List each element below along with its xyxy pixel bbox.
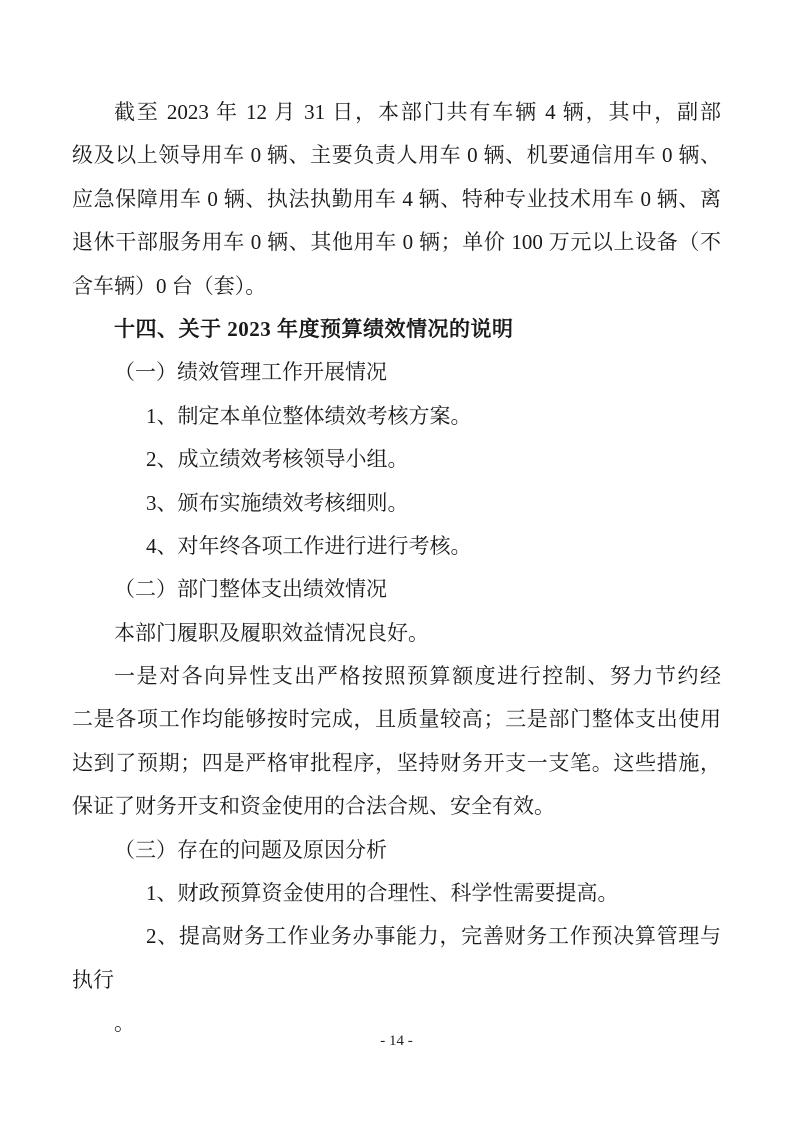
text-line: （一）绩效管理工作开展情况	[72, 351, 721, 394]
paragraph: 2、提高财务工作业务办事能力，完善财务工作预决算管理与执行	[72, 915, 721, 1002]
paragraph: （一）绩效管理工作开展情况	[72, 351, 721, 394]
text-line: 本部门履职及履职效益情况良好。	[72, 612, 721, 655]
text-line: 执行	[72, 959, 721, 1002]
section-heading: 十四、关于 2023 年度预算绩效情况的说明	[72, 308, 721, 351]
document-page: 截至 2023 年 12 月 31 日，本部门共有车辆 4 辆，其中，副部（省）…	[0, 0, 793, 1122]
text-line: 2、成立绩效考核领导小组。	[72, 438, 721, 481]
paragraph: 截至 2023 年 12 月 31 日，本部门共有车辆 4 辆，其中，副部（省）…	[72, 91, 721, 308]
paragraph: （三）存在的问题及原因分析	[72, 829, 721, 872]
paragraph: 1、制定本单位整体绩效考核方案。	[72, 395, 721, 438]
text-line: 3、颁布实施绩效考核细则。	[72, 482, 721, 525]
text-line: 一是对各向异性支出严格按照预算额度进行控制、努力节约经费；	[72, 655, 721, 698]
paragraph: （二）部门整体支出绩效情况	[72, 568, 721, 611]
paragraph: 1、财政预算资金使用的合理性、科学性需要提高。	[72, 872, 721, 915]
text-line: 达到了预期；四是严格审批程序，坚持财务开支一支笔。这些措施，	[72, 742, 721, 785]
text-line: （二）部门整体支出绩效情况	[72, 568, 721, 611]
text-line: 2、提高财务工作业务办事能力，完善财务工作预决算管理与	[72, 915, 721, 958]
paragraph: 本部门履职及履职效益情况良好。	[72, 612, 721, 655]
text-line: 1、制定本单位整体绩效考核方案。	[72, 395, 721, 438]
page-number: - 14 -	[380, 1033, 413, 1049]
paragraph: 4、对年终各项工作进行进行考核。	[72, 525, 721, 568]
paragraph: 3、颁布实施绩效考核细则。	[72, 482, 721, 525]
paragraph: 2、成立绩效考核领导小组。	[72, 438, 721, 481]
text-line: 退休干部服务用车 0 辆、其他用车 0 辆；单价 100 万元以上设备（不	[72, 221, 721, 264]
text-line: 4、对年终各项工作进行进行考核。	[72, 525, 721, 568]
text-line: 应急保障用车 0 辆、执法执勤用车 4 辆、特种专业技术用车 0 辆、离	[72, 178, 721, 221]
text-line: 级及以上领导用车 0 辆、主要负责人用车 0 辆、机要通信用车 0 辆、	[72, 134, 721, 177]
text-line: 含车辆）0 台（套）。	[72, 265, 721, 308]
text-line: 保证了财务开支和资金使用的合法合规、安全有效。	[72, 785, 721, 828]
document-body: 截至 2023 年 12 月 31 日，本部门共有车辆 4 辆，其中，副部（省）…	[72, 0, 721, 1046]
text-line: 十四、关于 2023 年度预算绩效情况的说明	[72, 308, 721, 351]
text-line: 二是各项工作均能够按时完成，且质量较高；三是部门整体支出使用	[72, 698, 721, 741]
page-footer: - 14 -	[0, 1032, 793, 1050]
text-line: 截至 2023 年 12 月 31 日，本部门共有车辆 4 辆，其中，副部（省）	[72, 91, 721, 134]
text-line: （三）存在的问题及原因分析	[72, 829, 721, 872]
paragraph: 一是对各向异性支出严格按照预算额度进行控制、努力节约经费；二是各项工作均能够按时…	[72, 655, 721, 829]
text-line: 1、财政预算资金使用的合理性、科学性需要提高。	[72, 872, 721, 915]
